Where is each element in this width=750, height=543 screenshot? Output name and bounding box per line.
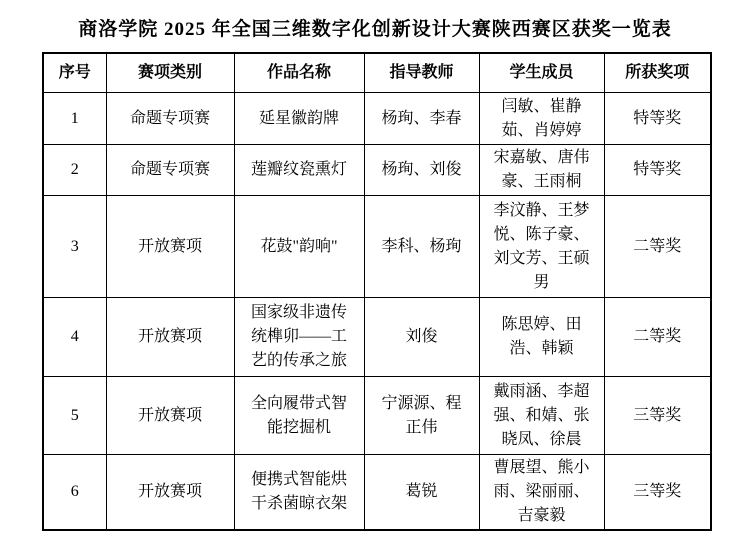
page-title: 商洛学院 2025 年全国三维数字化创新设计大赛陕西赛区获奖一览表 — [0, 0, 750, 41]
cell-students: 闫敏、崔静茹、肖婷婷 — [479, 93, 604, 145]
header-award: 所获奖项 — [604, 53, 711, 93]
cell-award: 三等奖 — [604, 377, 711, 455]
cell-seq: 1 — [43, 93, 106, 145]
cell-students: 戴雨涵、李超强、和婧、张晓凤、徐晨 — [479, 377, 604, 455]
cell-seq: 3 — [43, 196, 106, 298]
cell-teachers: 杨珣、刘俊 — [364, 145, 479, 196]
cell-award: 特等奖 — [604, 93, 711, 145]
cell-seq: 6 — [43, 455, 106, 531]
cell-seq: 2 — [43, 145, 106, 196]
table-row: 2 命题专项赛 莲瓣纹瓷熏灯 杨珣、刘俊 宋嘉敏、唐伟豪、王雨桐 特等奖 — [43, 145, 711, 196]
cell-work: 国家级非遗传统榫卯——工艺的传承之旅 — [234, 298, 364, 377]
cell-award: 三等奖 — [604, 455, 711, 531]
cell-seq: 4 — [43, 298, 106, 377]
awards-table: 序号 赛项类别 作品名称 指导教师 学生成员 所获奖项 1 命题专项赛 延星徽韵… — [42, 52, 712, 531]
cell-students: 宋嘉敏、唐伟豪、王雨桐 — [479, 145, 604, 196]
table-row: 6 开放赛项 便携式智能烘干杀菌晾衣架 葛锐 曹展望、熊小雨、梁丽丽、吉豪毅 三… — [43, 455, 711, 531]
cell-category: 开放赛项 — [106, 196, 234, 298]
cell-seq: 5 — [43, 377, 106, 455]
table-header-row: 序号 赛项类别 作品名称 指导教师 学生成员 所获奖项 — [43, 53, 711, 93]
header-category: 赛项类别 — [106, 53, 234, 93]
cell-category: 命题专项赛 — [106, 145, 234, 196]
table-row: 4 开放赛项 国家级非遗传统榫卯——工艺的传承之旅 刘俊 陈思婷、田浩、韩颖 二… — [43, 298, 711, 377]
cell-work: 延星徽韵牌 — [234, 93, 364, 145]
header-teachers: 指导教师 — [364, 53, 479, 93]
table-row: 3 开放赛项 花鼓"韵响" 李科、杨珣 李汶静、王梦悦、陈子豪、刘文芳、王硕男 … — [43, 196, 711, 298]
table-row: 1 命题专项赛 延星徽韵牌 杨珣、李春 闫敏、崔静茹、肖婷婷 特等奖 — [43, 93, 711, 145]
cell-teachers: 葛锐 — [364, 455, 479, 531]
cell-category: 命题专项赛 — [106, 93, 234, 145]
cell-category: 开放赛项 — [106, 298, 234, 377]
cell-category: 开放赛项 — [106, 455, 234, 531]
cell-award: 二等奖 — [604, 298, 711, 377]
header-seq: 序号 — [43, 53, 106, 93]
cell-teachers: 刘俊 — [364, 298, 479, 377]
cell-work: 便携式智能烘干杀菌晾衣架 — [234, 455, 364, 531]
cell-students: 曹展望、熊小雨、梁丽丽、吉豪毅 — [479, 455, 604, 531]
cell-teachers: 杨珣、李春 — [364, 93, 479, 145]
cell-work: 莲瓣纹瓷熏灯 — [234, 145, 364, 196]
cell-award: 特等奖 — [604, 145, 711, 196]
cell-teachers: 李科、杨珣 — [364, 196, 479, 298]
table-row: 5 开放赛项 全向履带式智能挖掘机 宁源源、程正伟 戴雨涵、李超强、和婧、张晓凤… — [43, 377, 711, 455]
cell-students: 李汶静、王梦悦、陈子豪、刘文芳、王硕男 — [479, 196, 604, 298]
cell-teachers: 宁源源、程正伟 — [364, 377, 479, 455]
document-page: 商洛学院 2025 年全国三维数字化创新设计大赛陕西赛区获奖一览表 序号 赛项类… — [0, 0, 750, 531]
cell-work: 花鼓"韵响" — [234, 196, 364, 298]
cell-category: 开放赛项 — [106, 377, 234, 455]
header-students: 学生成员 — [479, 53, 604, 93]
cell-students: 陈思婷、田浩、韩颖 — [479, 298, 604, 377]
header-work: 作品名称 — [234, 53, 364, 93]
cell-award: 二等奖 — [604, 196, 711, 298]
cell-work: 全向履带式智能挖掘机 — [234, 377, 364, 455]
